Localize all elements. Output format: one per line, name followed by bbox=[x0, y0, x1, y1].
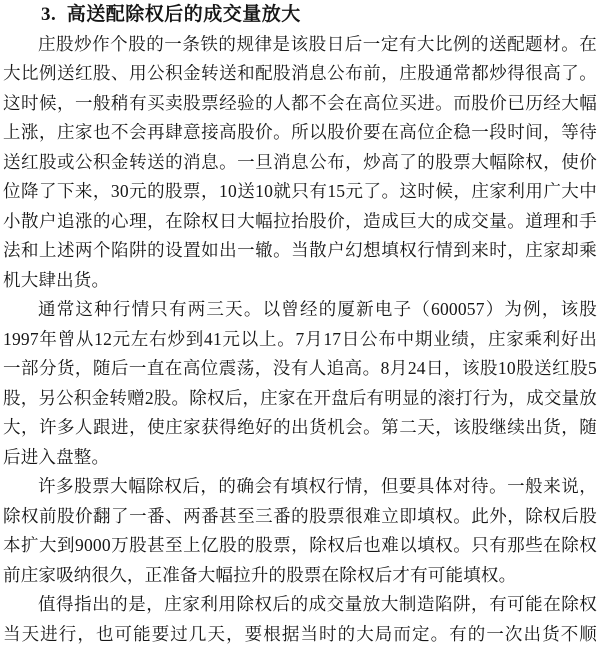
text-line: 法和上述两个陷阱的设置如出一辙。当散户幻想填权行情到来时，庄家却乘 bbox=[3, 236, 597, 266]
text-line: 当天进行，也可能要过几天，要根据当时的大局而定。有的一次出货不顺 bbox=[3, 620, 597, 649]
text-line: 小散户追涨的心理，在除权日大幅拉抬股价，造成巨大的成交量。道理和手 bbox=[3, 207, 597, 237]
text-line: 这时候，一般稍有买卖股票经验的人都不会在高位买进。而股价已历经大幅 bbox=[3, 89, 597, 119]
text-line: 股，另公积金转赠2股。除权后，庄家在开盘后有明显的滚打行为，成交量放 bbox=[3, 384, 597, 414]
text-line: 值得指出的是，庄家利用除权后的成交量放大制造陷阱，有可能在除权 bbox=[3, 590, 597, 620]
text-line: 送红股或公积金转送的消息。一旦消息公布，炒高了的股票大幅除权，使价 bbox=[3, 148, 597, 178]
text-line: 本扩大到9000万股甚至上亿股的股票，除权后也难以填权。只有那些在除权 bbox=[3, 531, 597, 561]
text-line: 许多股票大幅除权后，的确会有填权行情，但要具体对待。一般来说， bbox=[3, 472, 597, 502]
text-line: 庄股炒作个股的一条铁的规律是该股日后一定有大比例的送配题材。在 bbox=[3, 30, 597, 60]
section-heading: 3. 高送配除权后的成交量放大 bbox=[3, 0, 597, 30]
text-line: 前庄家吸纳很久，正准备大幅拉升的股票在除权后才有可能填权。 bbox=[3, 561, 597, 591]
text-line: 位降了下来，30元的股票，10送10就只有15元了。这时候，庄家利用广大中 bbox=[3, 177, 597, 207]
text-line: 大比例送红股、用公积金转送和配股消息公布前，庄股通常都炒得很高了。 bbox=[3, 59, 597, 89]
document-page: 3. 高送配除权后的成交量放大 庄股炒作个股的一条铁的规律是该股日后一定有大比例… bbox=[0, 0, 602, 649]
text-line: 机大肆出货。 bbox=[3, 266, 597, 296]
text-line: 除权前股价翻了一番、两番甚至三番的股票很难立即填权。此外，除权后股 bbox=[3, 502, 597, 532]
body-text: 庄股炒作个股的一条铁的规律是该股日后一定有大比例的送配题材。在大比例送红股、用公… bbox=[3, 30, 597, 649]
text-line: 大，许多人跟进，使庄家获得绝好的出货机会。第二天，该股继续出货，随 bbox=[3, 413, 597, 443]
text-line: 上涨，庄家也不会再肆意接高股价。所以股价要在高位企稳一段时间，等待 bbox=[3, 118, 597, 148]
text-line: 一部分货，随后一直在高位震荡，没有人追高。8月24日，该股10股送红股5 bbox=[3, 354, 597, 384]
text-line: 通常这种行情只有两三天。以曾经的厦新电子（600057）为例，该股 bbox=[3, 295, 597, 325]
text-line: 1997年曾从12元左右炒到41元以上。7月17日公布中期业绩，庄家乘利好出了 bbox=[3, 325, 597, 355]
text-line: 后进入盘整。 bbox=[3, 443, 597, 473]
